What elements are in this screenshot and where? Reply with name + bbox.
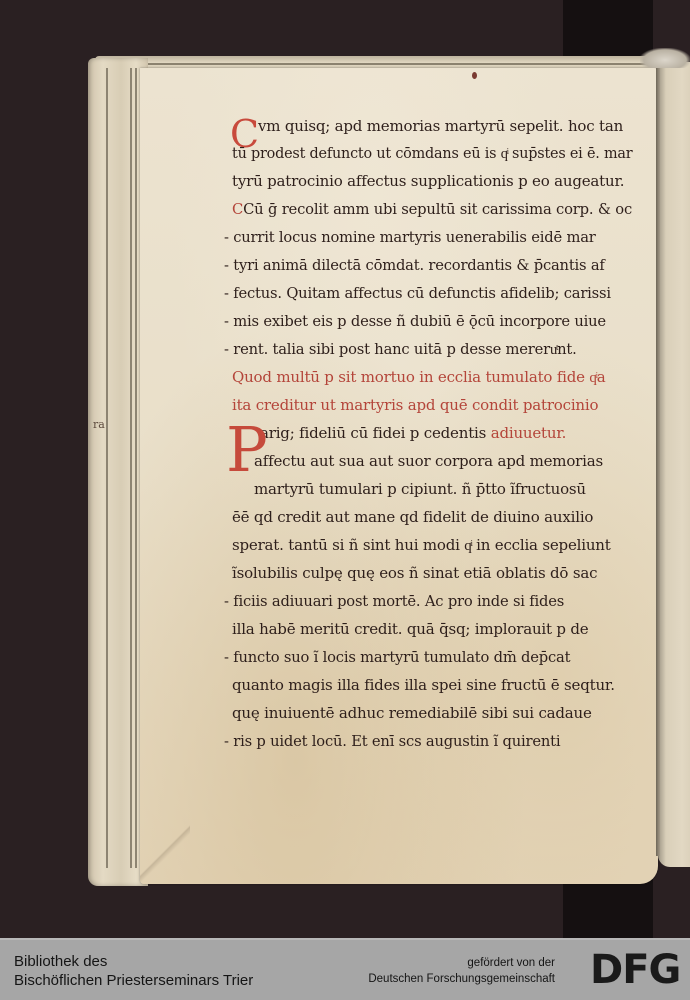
manuscript-text-block: C vm quisq; apd memorias martyrū sepelit… [232,113,632,755]
cover-rule [135,63,654,65]
footer-bar: Bibliothek des Bischöflichen Priestersem… [0,938,690,1000]
text-line: - ficiis adiuuari post mortē. Ac pro ind… [224,587,624,615]
text-line: - mis exibet eis p desse ñ dubiū ē ǭcū i… [224,307,624,335]
library-name-line-1: Bibliothek des [14,952,253,971]
text-line: ēē qd credit aut mane qd fidelit de diui… [232,503,632,531]
text-line: quę inuiuentē adhuc remediabilē sibi sui… [232,699,632,727]
text-line: affectu aut sua aut suor corpora apd mem… [232,447,632,475]
sponsor-line-2: Deutschen Forschungsgemeinschaft [368,971,555,987]
cover-rule [135,68,137,868]
rubricated-capital: C [232,200,243,218]
margin-annotation: ra [93,418,105,431]
binding-stitch [640,48,690,68]
text-line: P arig; fideliū cū fidei p cedentis adiu… [232,419,632,447]
cover-rule [130,68,132,868]
leaf-corner-fold [140,820,190,884]
text-line: quanto magis illa fides illa spei sine f… [232,671,632,699]
text-line: C vm quisq; apd memorias martyrū sepelit… [232,113,632,139]
text-line: tyrū patrocinio affectus supplicationis … [232,167,632,195]
manuscript-image-viewer: ra C vm quisq; apd memorias martyrū sepe… [0,0,690,938]
text-line: - tyri animā dilectā cōmdat. recordantis… [224,251,624,279]
facing-page-edge [658,62,690,867]
ink-spot [472,72,477,79]
rubric-line: Quod multū p sit mortuo in ecclia tumula… [232,363,632,391]
text-line: - fectus. Quitam affectus cū defunctis a… [224,279,624,307]
text-line: - functo suo ĩ locis martyrū tumulato dm… [224,643,624,671]
book-cover-left-edge [88,58,148,886]
text-line: sperat. tantū si ñ sint hui modi qͥ in e… [232,531,632,559]
text-line: CCū ḡ recolit amm ubi sepultū sit cariss… [232,195,625,223]
text-line: ĩsolubilis culpę quę eos ñ sinat etiā ob… [232,559,632,587]
text-line: martyrū tumulari p cipiunt. ñ p̄tto ĩfru… [232,475,632,503]
cover-rule [106,68,108,868]
sponsor-credit: gefördert von der Deutschen Forschungsge… [368,955,555,987]
dfg-logo: DFG [590,952,680,988]
text-line: - rent. talia sibi post hanc uitā p dess… [224,335,624,363]
library-name: Bibliothek des Bischöflichen Priestersem… [14,952,253,990]
text-line: - currit locus nomine martyris uenerabil… [224,223,624,251]
rubric-tail: adiuuetur. [491,424,567,442]
text-line: illa habē meritū credit. quā q̄sq; implo… [232,615,632,643]
text-line: - ris p uidet locū. Et enī scs augustin … [224,727,624,755]
spine-gutter [656,56,660,856]
sponsor-line-1: gefördert von der [368,955,555,971]
library-name-line-2: Bischöflichen Priesterseminars Trier [14,971,253,990]
text-line: tū prodest defuncto ut cōmdans eū is qͥ … [232,139,615,167]
rubric-line: ita creditur ut martyris apd quē condit … [232,391,632,419]
